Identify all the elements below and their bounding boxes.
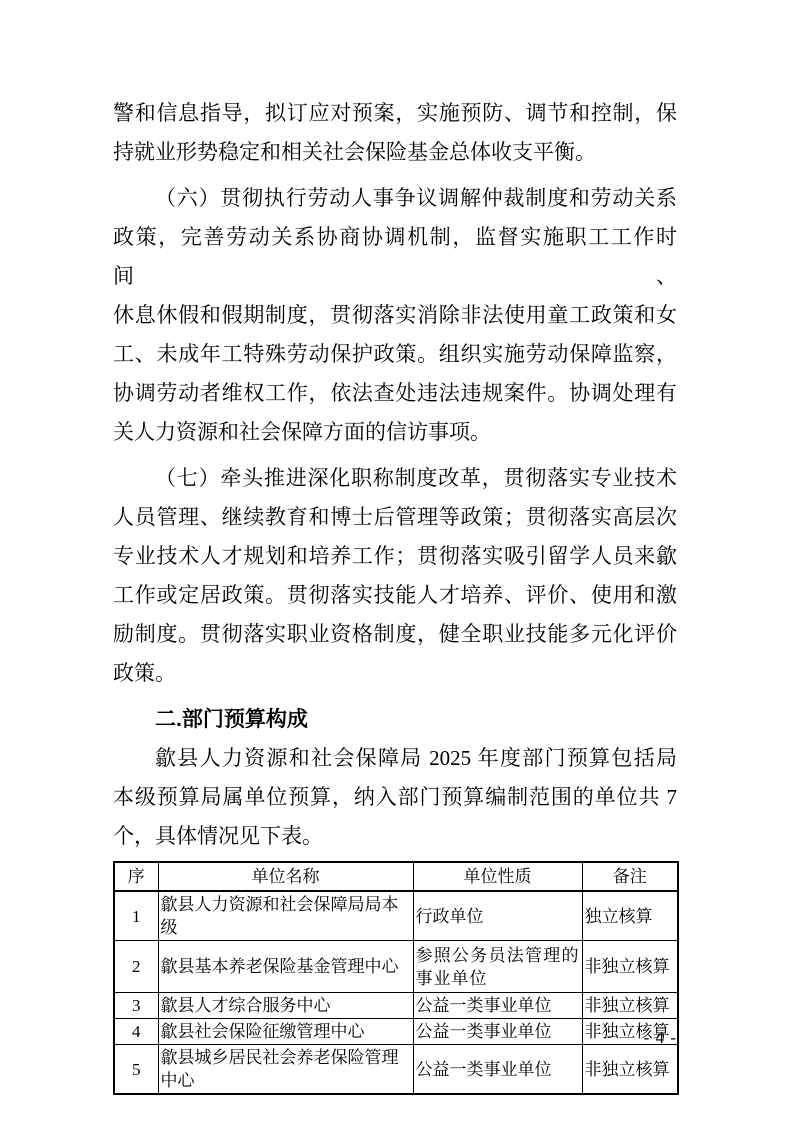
body-line: （六）贯彻执行劳动人事争议调解仲裁制度和劳动关系 [113, 179, 677, 218]
cell-note: 非独立核算 [582, 941, 678, 993]
body-line: 人员管理、继续教育和博士后管理等政策；贯彻落实高层次 [113, 498, 677, 537]
body-line: 本级预算局属单位预算，纳入部门预算编制范围的单位共 7 [113, 778, 677, 817]
body-line: 休息休假和假期制度，贯彻落实消除非法使用童工政策和女 [113, 296, 677, 335]
body-line: 励制度。贯彻落实职业资格制度，健全职业技能多元化评价 [113, 615, 677, 654]
table-row: 1 歙县人力资源和社会保障局局本级 行政单位 独立核算 [114, 891, 678, 941]
body-line: 政策。 [113, 654, 677, 693]
cell-note: 非独立核算 [582, 1045, 678, 1095]
column-header-seq: 序 [114, 862, 158, 891]
cell-unit-nature: 公益一类事业单位 [413, 1019, 582, 1045]
cell-unit-nature: 参照公务员法管理的事业单位 [413, 941, 582, 993]
body-line: 歙县人力资源和社会保障局 2025 年度部门预算包括局 [113, 739, 677, 778]
cell-unit-name: 歙县基本养老保险基金管理中心 [158, 941, 413, 993]
body-line: 政策，完善劳动关系协商协调机制，监督实施职工工作时间、 [113, 218, 677, 296]
cell-unit-nature: 公益一类事业单位 [413, 993, 582, 1019]
cell-seq: 5 [114, 1045, 158, 1095]
document-page: 警和信息指导，拟订应对预案，实施预防、调节和控制，保 持就业形势稳定和相关社会保… [0, 0, 793, 1122]
table-header-row: 序 单位名称 单位性质 备注 [114, 862, 678, 891]
page-number: - 4 - [644, 1027, 677, 1049]
cell-unit-nature: 公益一类事业单位 [413, 1045, 582, 1095]
paragraph-continuation: 警和信息指导，拟订应对预案，实施预防、调节和控制，保 持就业形势稳定和相关社会保… [113, 94, 677, 172]
body-line: 专业技术人才规划和培养工作；贯彻落实吸引留学人员来歙 [113, 537, 677, 576]
cell-seq: 2 [114, 941, 158, 993]
body-line: 关人力资源和社会保障方面的信访事项。 [113, 413, 677, 452]
cell-unit-name: 歙县人才综合服务中心 [158, 993, 413, 1019]
cell-unit-name: 歙县人力资源和社会保障局局本级 [158, 891, 413, 941]
cell-unit-nature: 行政单位 [413, 891, 582, 941]
table-row: 2 歙县基本养老保险基金管理中心 参照公务员法管理的事业单位 非独立核算 [114, 941, 678, 993]
cell-unit-name: 歙县城乡居民社会养老保险管理中心 [158, 1045, 413, 1095]
column-header-unit-name: 单位名称 [158, 862, 413, 891]
body-line: 工作或定居政策。贯彻落实技能人才培养、评价、使用和激 [113, 576, 677, 615]
paragraph-budget-intro: 歙县人力资源和社会保障局 2025 年度部门预算包括局 本级预算局属单位预算，纳… [113, 739, 677, 856]
table-row: 5 歙县城乡居民社会养老保险管理中心 公益一类事业单位 非独立核算 [114, 1045, 678, 1095]
table-row: 3 歙县人才综合服务中心 公益一类事业单位 非独立核算 [114, 993, 678, 1019]
cell-seq: 4 [114, 1019, 158, 1045]
column-header-unit-nature: 单位性质 [413, 862, 582, 891]
paragraph-item-seven: （七）牵头推进深化职称制度改革，贯彻落实专业技术 人员管理、继续教育和博士后管理… [113, 459, 677, 693]
paragraph-item-six: （六）贯彻执行劳动人事争议调解仲裁制度和劳动关系 政策，完善劳动关系协商协调机制… [113, 179, 677, 452]
table-row: 4 歙县社会保险征缴管理中心 公益一类事业单位 非独立核算 [114, 1019, 678, 1045]
body-line: 持就业形势稳定和相关社会保险基金总体收支平衡。 [113, 133, 677, 172]
cell-unit-name: 歙县社会保险征缴管理中心 [158, 1019, 413, 1045]
cell-note: 非独立核算 [582, 993, 678, 1019]
cell-seq: 1 [114, 891, 158, 941]
cell-seq: 3 [114, 993, 158, 1019]
body-line: （七）牵头推进深化职称制度改革，贯彻落实专业技术 [113, 459, 677, 498]
body-line: 工、未成年工特殊劳动保护政策。组织实施劳动保障监察， [113, 335, 677, 374]
body-line: 协调劳动者维权工作，依法查处违法违规案件。协调处理有 [113, 374, 677, 413]
section-heading: 二.部门预算构成 [113, 700, 677, 739]
body-line: 个，具体情况见下表。 [113, 817, 677, 856]
cell-note: 独立核算 [582, 891, 678, 941]
body-line: 警和信息指导，拟订应对预案，实施预防、调节和控制，保 [113, 94, 677, 133]
budget-units-table: 序 单位名称 单位性质 备注 1 歙县人力资源和社会保障局局本级 行政单位 独立… [113, 861, 679, 1095]
column-header-note: 备注 [582, 862, 678, 891]
